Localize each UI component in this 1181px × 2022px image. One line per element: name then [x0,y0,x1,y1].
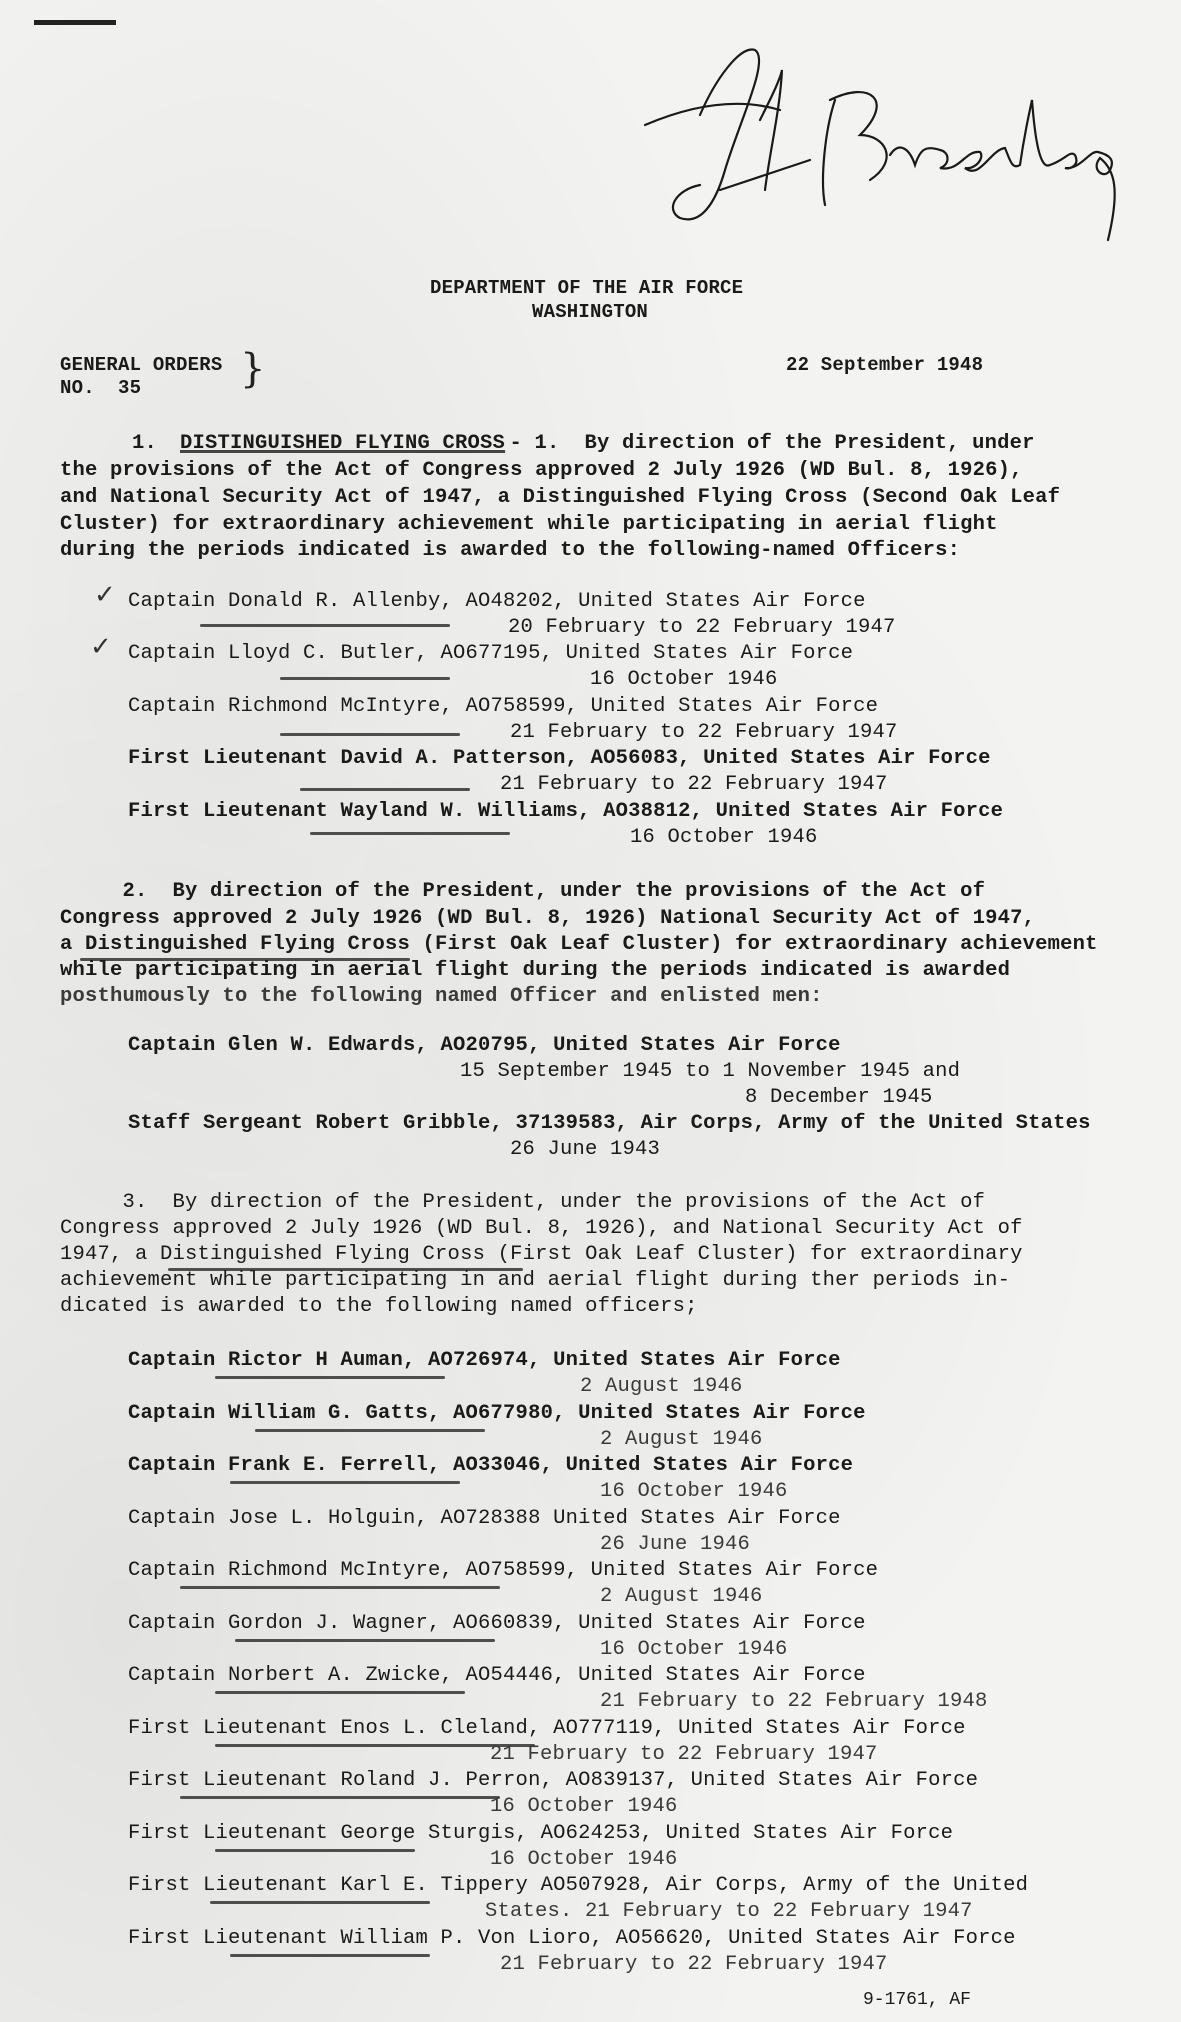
awardee-line: Captain Richmond McIntyre, AO758599, Uni… [128,1559,878,1582]
awardee-period: 21 February to 22 February 1947 [500,1953,888,1976]
awardee-line: First Lieutenant Enos L. Cleland, AO7771… [128,1717,966,1740]
awardee-line: First Lieutenant Wayland W. Williams, AO… [128,800,1003,823]
awardee-line: Captain Richmond McIntyre, AO758599, Uni… [128,695,878,718]
awardee-period: 2 August 1946 [600,1428,763,1451]
awardee-line: Captain Donald R. Allenby, AO48202, Unit… [128,590,866,613]
pen-underline [180,1796,500,1799]
section1-line: Cluster) for extraordinary achievement w… [60,513,998,536]
awardee-line: First Lieutenant Roland J. Perron, AO839… [128,1769,978,1792]
awardee-period: 2 August 1946 [580,1375,743,1398]
bracket: } [240,346,265,392]
awardee-line: First Lieutenant George Sturgis, AO62425… [128,1822,953,1845]
section1-title: DISTINGUISHED FLYING CROSS [180,432,505,455]
check-mark-icon: ✓ [94,580,116,610]
section2-line: posthumously to the following named Offi… [60,985,823,1008]
awardee-line: Captain Glen W. Edwards, AO20795, United… [128,1034,841,1057]
section3-line: Congress approved 2 July 1926 (WD Bul. 8… [60,1217,1023,1240]
pen-underline [215,1691,465,1694]
awardee-line: Captain Norbert A. Zwicke, AO54446, Unit… [128,1664,866,1687]
pen-underline [255,1429,485,1432]
section1-line: the provisions of the Act of Congress ap… [60,459,1023,482]
section1-line: and National Security Act of 1947, a Dis… [60,486,1060,509]
awardee-period: 21 February to 22 February 1947 [500,773,888,796]
department-title: DEPARTMENT OF THE AIR FORCE [430,277,743,299]
section3-line: 1947, a Distinguished Flying Cross (Firs… [60,1243,1023,1266]
section1-line: - 1. By direction of the President, unde… [497,432,1035,455]
awardee-period: States. 21 February to 22 February 1947 [485,1900,973,1923]
pen-underline [215,1376,445,1379]
awardee-line: Captain Lloyd C. Butler, AO677195, Unite… [128,642,853,665]
awardee-line: Captain Rictor H Auman, AO726974, United… [128,1349,841,1372]
pen-underline [215,1744,535,1747]
section3-line: achievement while participating in and a… [60,1269,1010,1292]
pen-underline [300,788,470,791]
awardee-line: Staff Sergeant Robert Gribble, 37139583,… [128,1112,1091,1135]
document-page: DEPARTMENT OF THE AIR FORCE WASHINGTON G… [0,0,1181,2022]
awardee-period: 16 October 1946 [590,668,778,691]
awardee-line: Captain Jose L. Holguin, AO728388 United… [128,1507,841,1530]
awardee-period: 15 September 1945 to 1 November 1945 and [460,1060,960,1083]
awardee-period: 16 October 1946 [600,1480,788,1503]
awardee-period: 16 October 1946 [600,1638,788,1661]
section2-line: while participating in aerial flight dur… [60,959,1010,982]
section2-line: a Distinguished Flying Cross (First Oak … [60,933,1098,956]
check-mark-icon: ✓ [90,632,112,662]
pen-underline [200,624,450,627]
awardee-period: 16 October 1946 [630,826,818,849]
awardee-period: 26 June 1943 [510,1138,660,1161]
awardee-period: 21 February to 22 February 1947 [510,721,898,744]
pen-underline [210,1901,430,1904]
awardee-line: Captain Frank E. Ferrell, AO33046, Unite… [128,1454,853,1477]
awardee-period: 16 October 1946 [490,1848,678,1871]
section3-line: dicated is awarded to the following name… [60,1295,698,1318]
awardee-period: 20 February to 22 February 1947 [508,616,896,639]
awardee-period: 16 October 1946 [490,1795,678,1818]
orders-number: NO. 35 [60,377,141,399]
awardee-line: Captain Gordon J. Wagner, AO660839, Unit… [128,1612,866,1635]
awardee-period: 26 June 1946 [600,1533,750,1556]
awardee-line: First Lieutenant David A. Patterson, AO5… [128,747,991,770]
pen-underline [310,832,510,835]
pen-underline [230,1481,460,1484]
order-date: 22 September 1948 [786,354,983,376]
awardee-line: Captain William G. Gatts, AO677980, Unit… [128,1402,866,1425]
pen-underline [180,1586,500,1589]
pen-underline [230,1954,430,1957]
pen-underline [215,1849,415,1852]
section2-line: 2. By direction of the President, under … [60,880,985,903]
section2-line: Congress approved 2 July 1926 (WD Bul. 8… [60,907,1035,930]
footer-code: 9-1761, AF [863,1990,971,2010]
awardee-line: First Lieutenant Karl E. Tippery AO50792… [128,1874,1028,1897]
section1-number: 1. [132,432,157,455]
awardee-period: 8 December 1945 [745,1086,933,1109]
pen-underline [235,1639,495,1642]
awardee-period: 2 August 1946 [600,1585,763,1608]
redaction-bar [34,20,116,25]
city-title: WASHINGTON [532,301,648,323]
section1-line: during the periods indicated is awarded … [60,539,960,562]
section3-line: 3. By direction of the President, under … [60,1191,985,1214]
handwritten-signature [620,40,1140,270]
pen-underline [280,677,450,680]
awardee-period: 21 February to 22 February 1947 [490,1743,878,1766]
general-orders-label: GENERAL ORDERS [60,354,222,376]
pen-underline [280,733,460,736]
awardee-line: First Lieutenant William P. Von Lioro, A… [128,1927,1016,1950]
awardee-period: 21 February to 22 February 1948 [600,1690,988,1713]
